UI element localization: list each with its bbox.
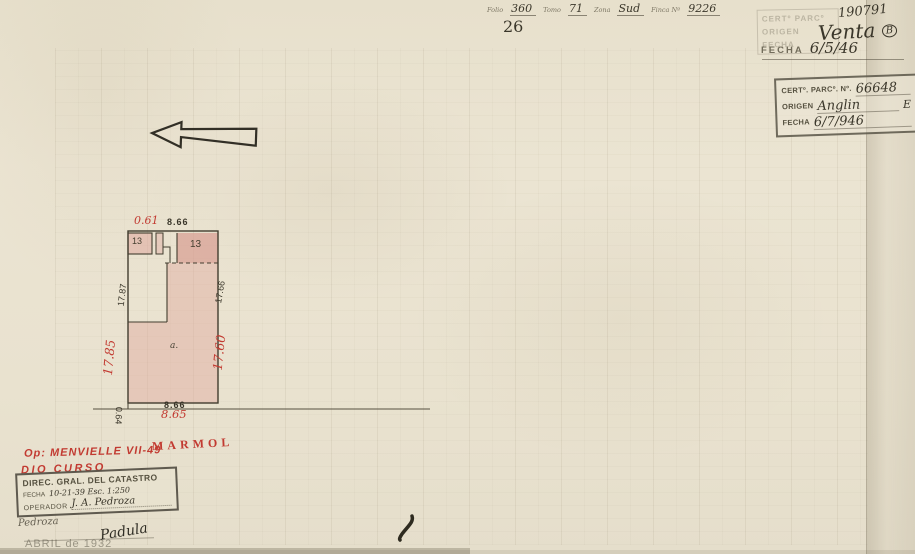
cert-line3: FECHA 6/7/946 <box>782 112 911 131</box>
fecha-venta-label: FECHA <box>761 45 804 56</box>
north-arrow-icon <box>147 116 266 160</box>
catastro-stamp: DIREC. GRAL. DEL CATASTRO FECHA 10-21-39… <box>15 466 179 517</box>
cert-line2-value: Anglin <box>817 97 899 114</box>
venta-suffix-circled: B <box>881 24 897 38</box>
operator-annotation: Op: MENVIELLE VII-49 <box>24 444 162 460</box>
room-label-left: 13 <box>132 236 142 246</box>
cert-line2-label: ORIGEN <box>782 99 814 115</box>
zona-label: Zona <box>594 6 611 16</box>
page-number: 26 <box>503 17 523 36</box>
fecha-venta-underline <box>762 59 904 60</box>
operator-signature: Pedroza <box>18 516 59 529</box>
cert-line1-value: 66648 <box>855 81 910 97</box>
folio-value: 360 <box>510 3 536 16</box>
cert-line3-label: FECHA <box>782 115 810 131</box>
room-label-right: 13 <box>190 239 201 250</box>
sliver-fill <box>156 233 163 254</box>
parcel-body-fill <box>128 263 218 403</box>
cert-line3-value: 6/7/946 <box>814 113 912 130</box>
dim-bottom-left-vertical: 0.64 <box>113 407 124 437</box>
folio-label: Folio <box>487 6 503 16</box>
street-name: MARMOL <box>152 435 234 454</box>
dim-top-red: 0.61 <box>134 214 159 227</box>
finca-label: Finca Nº <box>651 6 680 16</box>
scanned-cadastral-sheet: Folio 360 Tomo 71 Zona Sud Finca Nº 9226… <box>0 0 915 554</box>
dim-bottom-red: 8.65 <box>161 407 187 421</box>
patio-walls <box>128 263 167 322</box>
footer-date-stamp: ABRIL de 1932 <box>25 538 112 550</box>
finca-value: 9226 <box>687 3 720 16</box>
parcel-plan-drawing <box>90 215 440 415</box>
page-bottom-shadow <box>0 550 915 554</box>
cert-parc-stamp: CERTº. PARCº. Nº. 66648 ORIGEN Anglin E … <box>774 74 915 138</box>
tomo-label: Tomo <box>543 6 561 16</box>
ink-mark-icon <box>392 512 422 544</box>
parcel-center-mark: a. <box>170 341 178 351</box>
tomo-value: 71 <box>568 3 587 16</box>
dim-top-black: 8.66 <box>167 217 189 227</box>
cert-line1-label: CERTº. PARCº. Nº. <box>781 82 852 99</box>
zona-value: Sud <box>617 3 644 16</box>
fecha-venta-row: FECHA 6/5/46 <box>761 41 858 56</box>
register-header: Folio 360 Tomo 71 Zona Sud Finca Nº 9226 <box>487 3 720 16</box>
fecha-venta-value: 6/5/46 <box>810 41 858 56</box>
catastro-operador-label: OPERADOR <box>24 503 68 512</box>
footer-signature: Padula <box>99 520 149 543</box>
catastro-fecha-label: FECHA <box>23 491 45 499</box>
cert-line2-flourish: E <box>903 98 911 111</box>
